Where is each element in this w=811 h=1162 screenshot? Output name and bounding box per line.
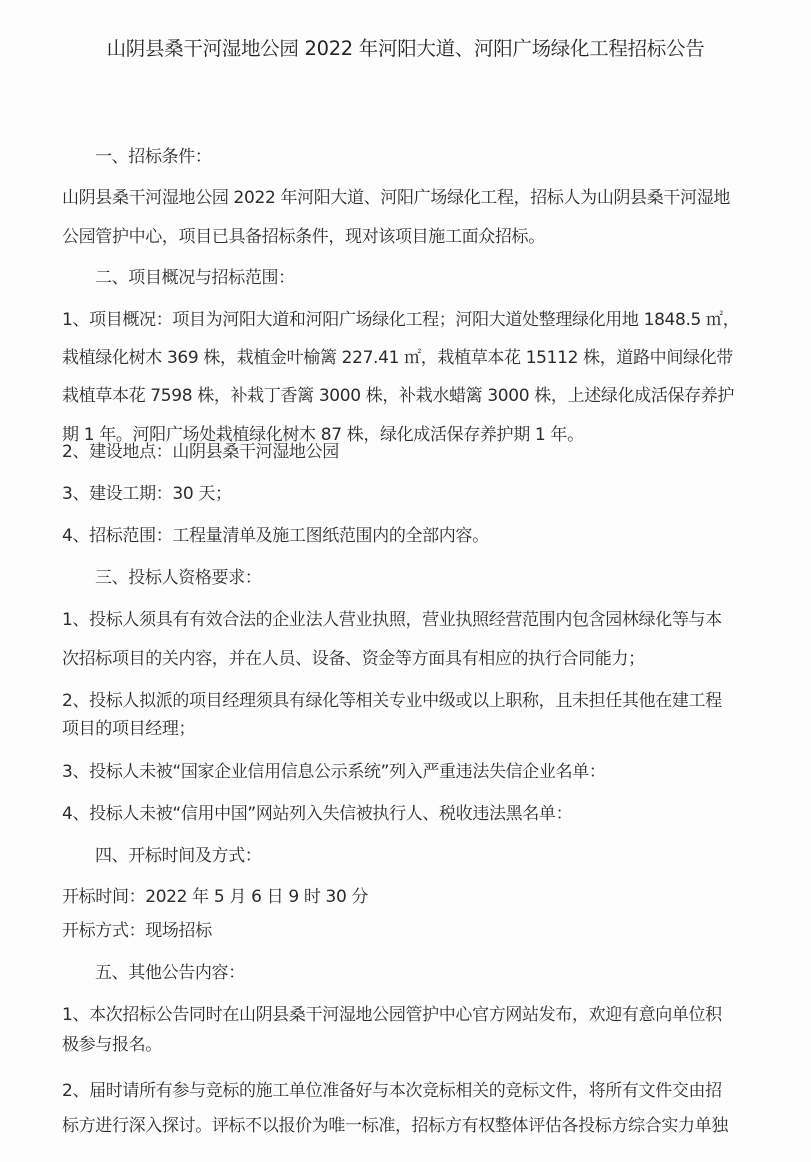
paragraph-line: 2、投标人拟派的项目经理须具有绿化等相关专业中级或以上职称，且未担任其他在建工程 (62, 690, 722, 712)
list-item-credit-china: 4、投标人未被“信用中国”网站列入失信被执行人、税收违法黑名单： (62, 803, 572, 825)
opening-method: 开标方式：现场招标 (62, 920, 212, 942)
paragraph-line: 公园管护中心，项目已具备招标条件，现对该项目施工面众招标。 (62, 226, 545, 248)
list-item-credit-system: 3、投标人未被“国家企业信用信息公示系统”列入严重违法失信企业名单： (62, 761, 606, 783)
paragraph-line: 栽植绿化树木 369 株，栽植金叶榆篱 227.41 ㎡，栽植草本花 15112… (62, 347, 733, 369)
paragraph-line: 栽植草本花 7598 株，补栽丁香篱 3000 株，补栽水蜡篱 3000 株，上… (62, 385, 734, 407)
section-heading-opening-time: 四、开标时间及方式： (95, 845, 262, 867)
document-page: 山阴县桑干河湿地公园 2022 年河阳大道、河阳广场绿化工程招标公告 一、招标条… (0, 0, 811, 1162)
section-heading-other-content: 五、其他公告内容： (95, 962, 245, 984)
section-heading-bidding-conditions: 一、招标条件： (95, 146, 212, 168)
section-heading-bidder-qualifications: 三、投标人资格要求： (95, 567, 262, 589)
list-item-scope: 4、招标范围：工程量清单及施工图纸范围内的全部内容。 (62, 525, 489, 547)
list-item-location: 2、建设地点：山阴县桑干河湿地公园 (62, 441, 339, 463)
opening-time: 开标时间：2022 年 5 月 6 日 9 时 30 分 (62, 886, 368, 908)
list-item-duration: 3、建设工期：30 天； (62, 483, 232, 505)
paragraph-line: 1、本次招标公告同时在山阴县桑干河湿地公园管护中心官方网站发布，欢迎有意向单位积 (62, 1004, 722, 1026)
paragraph-line: 1、投标人须具有有效合法的企业法人营业执照，营业执照经营范围内包含园林绿化等与本 (62, 609, 722, 631)
paragraph-line: 极参与报名。 (62, 1034, 162, 1056)
document-title: 山阴县桑干河湿地公园 2022 年河阳大道、河阳广场绿化工程招标公告 (0, 33, 811, 61)
paragraph-line: 项目的项目经理； (62, 718, 195, 740)
paragraph-line: 1、项目概况：项目为河阳大道和河阳广场绿化工程；河阳大道处整理绿化用地 1848… (62, 309, 739, 331)
paragraph-line: 山阴县桑干河湿地公园 2022 年河阳大道、河阳广场绿化工程，招标人为山阴县桑干… (62, 187, 730, 209)
paragraph-line: 2、届时请所有参与竞标的施工单位准备好与本次竞标相关的竞标文件，将所有文件交由招 (62, 1080, 722, 1102)
paragraph-line: 标方进行深入探讨。评标不以报价为唯一标准，招标方有权整体评估各投标方综合实力单独 (62, 1115, 728, 1137)
paragraph-line: 次招标项目的关内容，并在人员、设备、资金等方面具有相应的执行合同能力； (62, 648, 645, 670)
section-heading-project-overview: 二、项目概况与招标范围： (95, 267, 295, 289)
